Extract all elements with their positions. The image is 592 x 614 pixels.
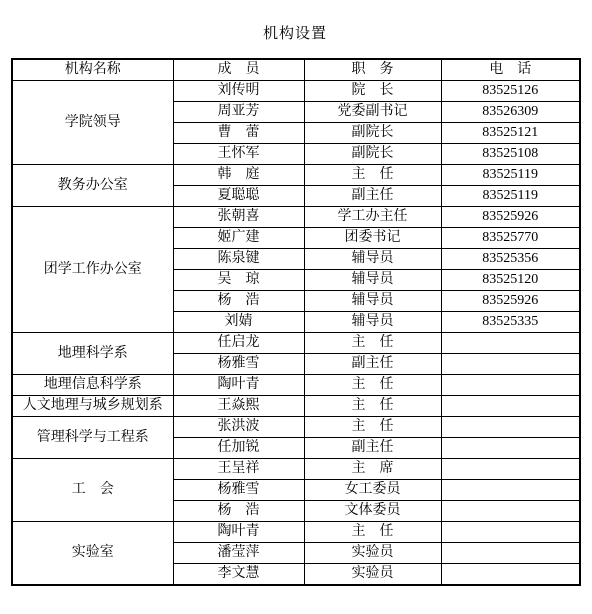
member-cell: 刘传明 bbox=[173, 81, 304, 102]
header-org-name: 机构名称 bbox=[12, 59, 173, 81]
member-cell: 杨 浩 bbox=[173, 501, 304, 522]
table-row: 工 会王呈祥主 席 bbox=[12, 459, 580, 480]
table-row: 学院领导刘传明院 长83525126 bbox=[12, 81, 580, 102]
member-cell: 姬广建 bbox=[173, 228, 304, 249]
member-cell: 杨雅雪 bbox=[173, 480, 304, 501]
table-row: 管理科学与工程系张洪波主 任 bbox=[12, 417, 580, 438]
position-cell: 辅导员 bbox=[304, 249, 441, 270]
table-row: 教务办公室韩 庭主 任83525119 bbox=[12, 165, 580, 186]
member-cell: 曹 蕾 bbox=[173, 123, 304, 144]
org-table: 机构名称 成 员 职 务 电 话 学院领导刘传明院 长83525126周亚芳党委… bbox=[11, 58, 581, 586]
member-cell: 周亚芳 bbox=[173, 102, 304, 123]
phone-cell bbox=[441, 501, 580, 522]
phone-cell bbox=[441, 522, 580, 543]
member-cell: 任加锐 bbox=[173, 438, 304, 459]
position-cell: 党委副书记 bbox=[304, 102, 441, 123]
table-row: 团学工作办公室张朝喜学工办主任83525926 bbox=[12, 207, 580, 228]
org-name-cell: 团学工作办公室 bbox=[12, 207, 173, 333]
position-cell: 副主任 bbox=[304, 354, 441, 375]
phone-cell bbox=[441, 333, 580, 354]
member-cell: 王怀军 bbox=[173, 144, 304, 165]
page: 机构设置 机构名称 成 员 职 务 电 话 学院领导刘传明院 长83525126… bbox=[0, 0, 592, 614]
header-phone: 电 话 bbox=[441, 59, 580, 81]
header-row: 机构名称 成 员 职 务 电 话 bbox=[12, 59, 580, 81]
phone-cell: 83525356 bbox=[441, 249, 580, 270]
position-cell: 辅导员 bbox=[304, 291, 441, 312]
member-cell: 杨雅雪 bbox=[173, 354, 304, 375]
phone-cell: 83525126 bbox=[441, 81, 580, 102]
page-title: 机构设置 bbox=[11, 22, 579, 43]
position-cell: 主 任 bbox=[304, 333, 441, 354]
org-name-cell: 地理科学系 bbox=[12, 333, 173, 375]
member-cell: 韩 庭 bbox=[173, 165, 304, 186]
org-name-cell: 实验室 bbox=[12, 522, 173, 586]
phone-cell: 83525120 bbox=[441, 270, 580, 291]
phone-cell: 83526309 bbox=[441, 102, 580, 123]
phone-cell: 83525926 bbox=[441, 291, 580, 312]
phone-cell: 83525926 bbox=[441, 207, 580, 228]
position-cell: 主 任 bbox=[304, 522, 441, 543]
position-cell: 主 席 bbox=[304, 459, 441, 480]
member-cell: 陈泉键 bbox=[173, 249, 304, 270]
table-body: 学院领导刘传明院 长83525126周亚芳党委副书记83526309曹 蕾副院长… bbox=[12, 81, 580, 586]
position-cell: 院 长 bbox=[304, 81, 441, 102]
phone-cell bbox=[441, 480, 580, 501]
phone-cell: 83525119 bbox=[441, 165, 580, 186]
member-cell: 杨 浩 bbox=[173, 291, 304, 312]
org-name-cell: 工 会 bbox=[12, 459, 173, 522]
phone-cell: 83525335 bbox=[441, 312, 580, 333]
position-cell: 主 任 bbox=[304, 165, 441, 186]
table-row: 地理科学系任启龙主 任 bbox=[12, 333, 580, 354]
table-row: 实验室陶叶青主 任 bbox=[12, 522, 580, 543]
member-cell: 陶叶青 bbox=[173, 522, 304, 543]
org-name-cell: 人文地理与城乡规划系 bbox=[12, 396, 173, 417]
org-name-cell: 地理信息科学系 bbox=[12, 375, 173, 396]
position-cell: 辅导员 bbox=[304, 312, 441, 333]
position-cell: 文体委员 bbox=[304, 501, 441, 522]
member-cell: 任启龙 bbox=[173, 333, 304, 354]
phone-cell: 83525121 bbox=[441, 123, 580, 144]
position-cell: 辅导员 bbox=[304, 270, 441, 291]
table-row: 地理信息科学系陶叶青主 任 bbox=[12, 375, 580, 396]
member-cell: 王焱熙 bbox=[173, 396, 304, 417]
position-cell: 副主任 bbox=[304, 438, 441, 459]
position-cell: 副院长 bbox=[304, 123, 441, 144]
phone-cell: 83525119 bbox=[441, 186, 580, 207]
position-cell: 女工委员 bbox=[304, 480, 441, 501]
phone-cell: 83525770 bbox=[441, 228, 580, 249]
member-cell: 张洪波 bbox=[173, 417, 304, 438]
member-cell: 陶叶青 bbox=[173, 375, 304, 396]
member-cell: 刘婧 bbox=[173, 312, 304, 333]
org-name-cell: 教务办公室 bbox=[12, 165, 173, 207]
phone-cell bbox=[441, 459, 580, 480]
position-cell: 主 任 bbox=[304, 375, 441, 396]
member-cell: 潘莹萍 bbox=[173, 543, 304, 564]
position-cell: 学工办主任 bbox=[304, 207, 441, 228]
phone-cell: 83525108 bbox=[441, 144, 580, 165]
header-member: 成 员 bbox=[173, 59, 304, 81]
position-cell: 团委书记 bbox=[304, 228, 441, 249]
phone-cell bbox=[441, 375, 580, 396]
position-cell: 副主任 bbox=[304, 186, 441, 207]
header-position: 职 务 bbox=[304, 59, 441, 81]
position-cell: 副院长 bbox=[304, 144, 441, 165]
table-row: 人文地理与城乡规划系王焱熙主 任 bbox=[12, 396, 580, 417]
phone-cell bbox=[441, 543, 580, 564]
phone-cell bbox=[441, 417, 580, 438]
phone-cell bbox=[441, 438, 580, 459]
position-cell: 实验员 bbox=[304, 564, 441, 586]
position-cell: 实验员 bbox=[304, 543, 441, 564]
member-cell: 李文慧 bbox=[173, 564, 304, 586]
org-name-cell: 学院领导 bbox=[12, 81, 173, 165]
member-cell: 张朝喜 bbox=[173, 207, 304, 228]
member-cell: 夏聪聪 bbox=[173, 186, 304, 207]
member-cell: 王呈祥 bbox=[173, 459, 304, 480]
phone-cell bbox=[441, 564, 580, 586]
phone-cell bbox=[441, 354, 580, 375]
org-name-cell: 管理科学与工程系 bbox=[12, 417, 173, 459]
position-cell: 主 任 bbox=[304, 417, 441, 438]
position-cell: 主 任 bbox=[304, 396, 441, 417]
member-cell: 吴 琼 bbox=[173, 270, 304, 291]
phone-cell bbox=[441, 396, 580, 417]
